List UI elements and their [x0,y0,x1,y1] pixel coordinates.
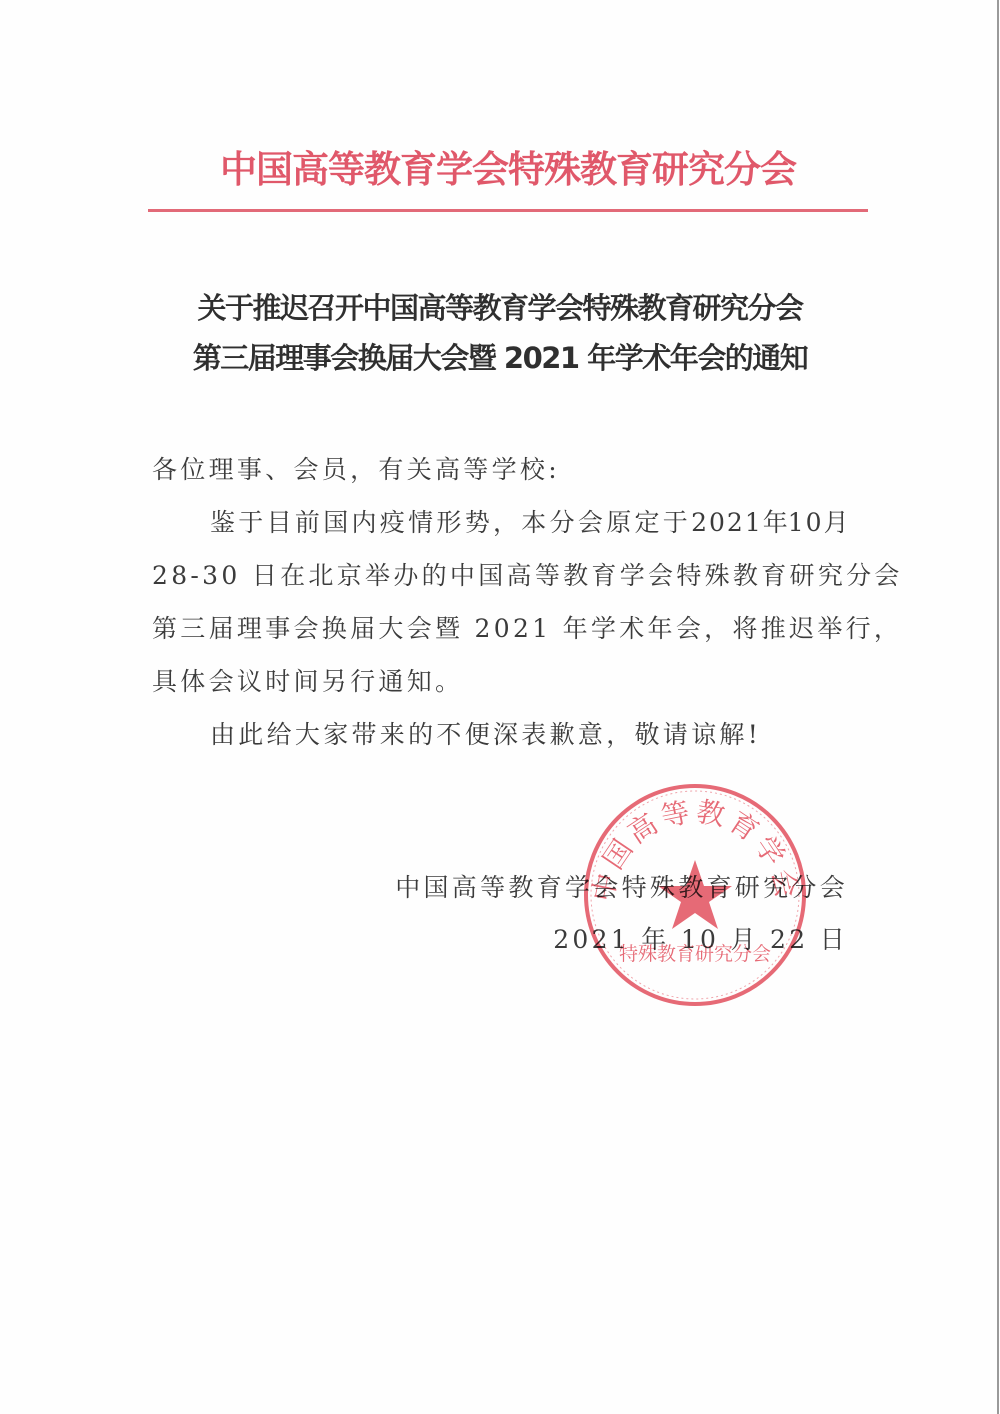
paragraph-1-line-1-part-1: 鉴于目前国内疫情形势，本分会原定于 [210,496,691,549]
paragraph-1-line-1-part-5: 月 [824,496,849,549]
official-seal: 中国高等教育学会 特殊教育研究分会 [582,782,808,1008]
scan-edge-line [997,0,999,1414]
paragraph-1-line-1-part-3: 年 [763,496,788,549]
document-page: 中国高等教育学会特殊教育研究分会 关于推迟召开中国高等教育学会特殊教育研究分会 … [0,0,1000,1414]
seal-bottom-text: 特殊教育研究分会 [619,943,771,965]
document-title-line-2: 第三届理事会换届大会暨 2021 年学术年会的通知 [150,333,850,383]
document-body: 各位理事、会员，有关高等学校: 鉴于目前国内疫情形势，本分会原定于 2021 年… [152,443,852,761]
salutation: 各位理事、会员，有关高等学校: [152,443,852,496]
letterhead-divider [148,209,868,212]
star-icon [658,860,732,929]
letterhead-title: 中国高等教育学会特殊教育研究分会 [148,145,868,195]
document-title-line-1: 关于推迟召开中国高等教育学会特殊教育研究分会 [150,283,850,333]
paragraph-1-line-2: 28-30 日在北京举办的中国高等教育学会特殊教育研究分会 [152,549,852,602]
paragraph-1-line-3: 第三届理事会换届大会暨 2021 年学术年会，将推迟举行， [152,602,852,655]
paragraph-1-line-4: 具体会议时间另行通知。 [152,655,852,708]
paragraph-2: 由此给大家带来的不便深表歉意，敬请谅解! [152,708,852,761]
paragraph-1-line-1: 鉴于目前国内疫情形势，本分会原定于 2021 年 10 月 [152,496,848,549]
paragraph-1-line-1-part-2: 2021 [691,496,763,549]
paragraph-1-line-1-part-4: 10 [788,496,824,549]
document-title: 关于推迟召开中国高等教育学会特殊教育研究分会 第三届理事会换届大会暨 2021 … [150,283,850,383]
